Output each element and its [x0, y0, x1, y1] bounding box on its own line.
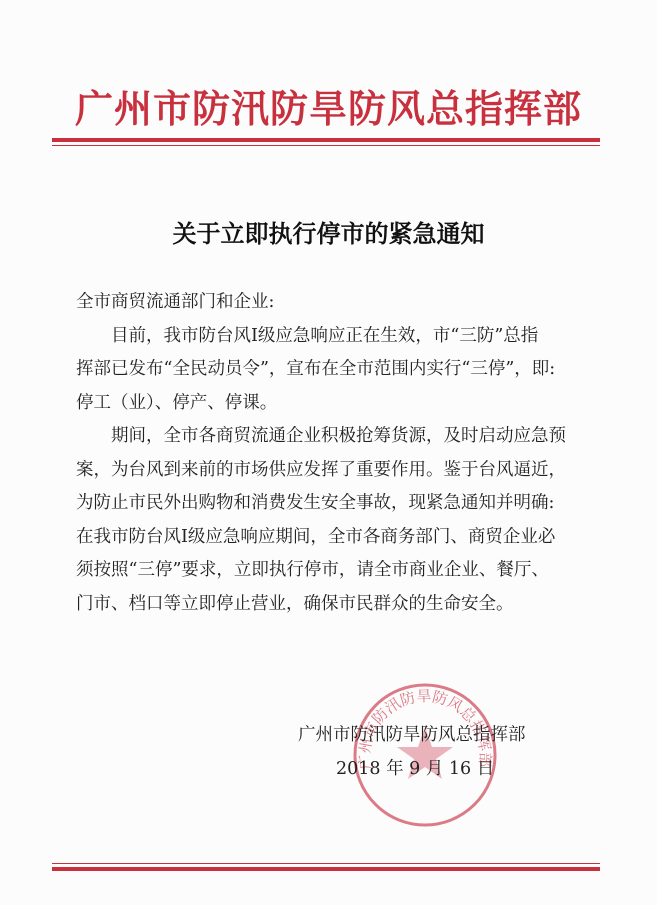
paragraph-2-line-1: 期间，全市各商贸流通企业积极抢筹货源，及时启动应急预: [76, 420, 596, 454]
paragraph-2-line-6: 门市、档口等立即停止营业，确保市民群众的生命安全。: [76, 588, 596, 622]
paragraph-2-line-3: 为防止市民外出购物和消费发生安全事故，现紧急通知并明确:: [76, 487, 596, 521]
signature-date: 2018 年 9 月 16 日: [336, 755, 494, 780]
paragraph-1-line-3: 停工（业）、停产、停课。: [76, 387, 596, 421]
letterhead-title: 广州市防汛防旱防风总指挥部: [0, 84, 657, 134]
salutation: 全市商贸流通部门和企业:: [76, 286, 596, 320]
paragraph-2-line-2: 案，为台风到来前的市场供应发挥了重要作用。鉴于台风逼近，: [76, 454, 596, 488]
footer-rule-thin: [52, 863, 600, 864]
paragraph-2-line-5: 须按照“三停”要求，立即执行停市，请全市商业企业、餐厅、: [76, 554, 596, 588]
notice-title: 关于立即执行停市的紧急通知: [0, 214, 657, 249]
letterhead-rule-thin: [52, 145, 600, 146]
notice-body: 全市商贸流通部门和企业: 目前，我市防台风Ⅰ级应急响应正在生效，市“三防”总指 …: [76, 286, 596, 621]
letterhead-rule-thick: [52, 138, 600, 142]
signature-organization: 广州市防汛防旱防风总指挥部: [298, 721, 526, 746]
paragraph-2-line-4: 在我市防台风Ⅰ级应急响应期间，全市各商务部门、商贸企业必: [76, 521, 596, 555]
paragraph-1-line-2: 挥部已发布“全民动员令”，宣布在全市范围内实行“三停”，即:: [76, 353, 596, 387]
footer-rule-thick: [52, 867, 600, 871]
paragraph-1-line-1: 目前，我市防台风Ⅰ级应急响应正在生效，市“三防”总指: [76, 320, 596, 354]
